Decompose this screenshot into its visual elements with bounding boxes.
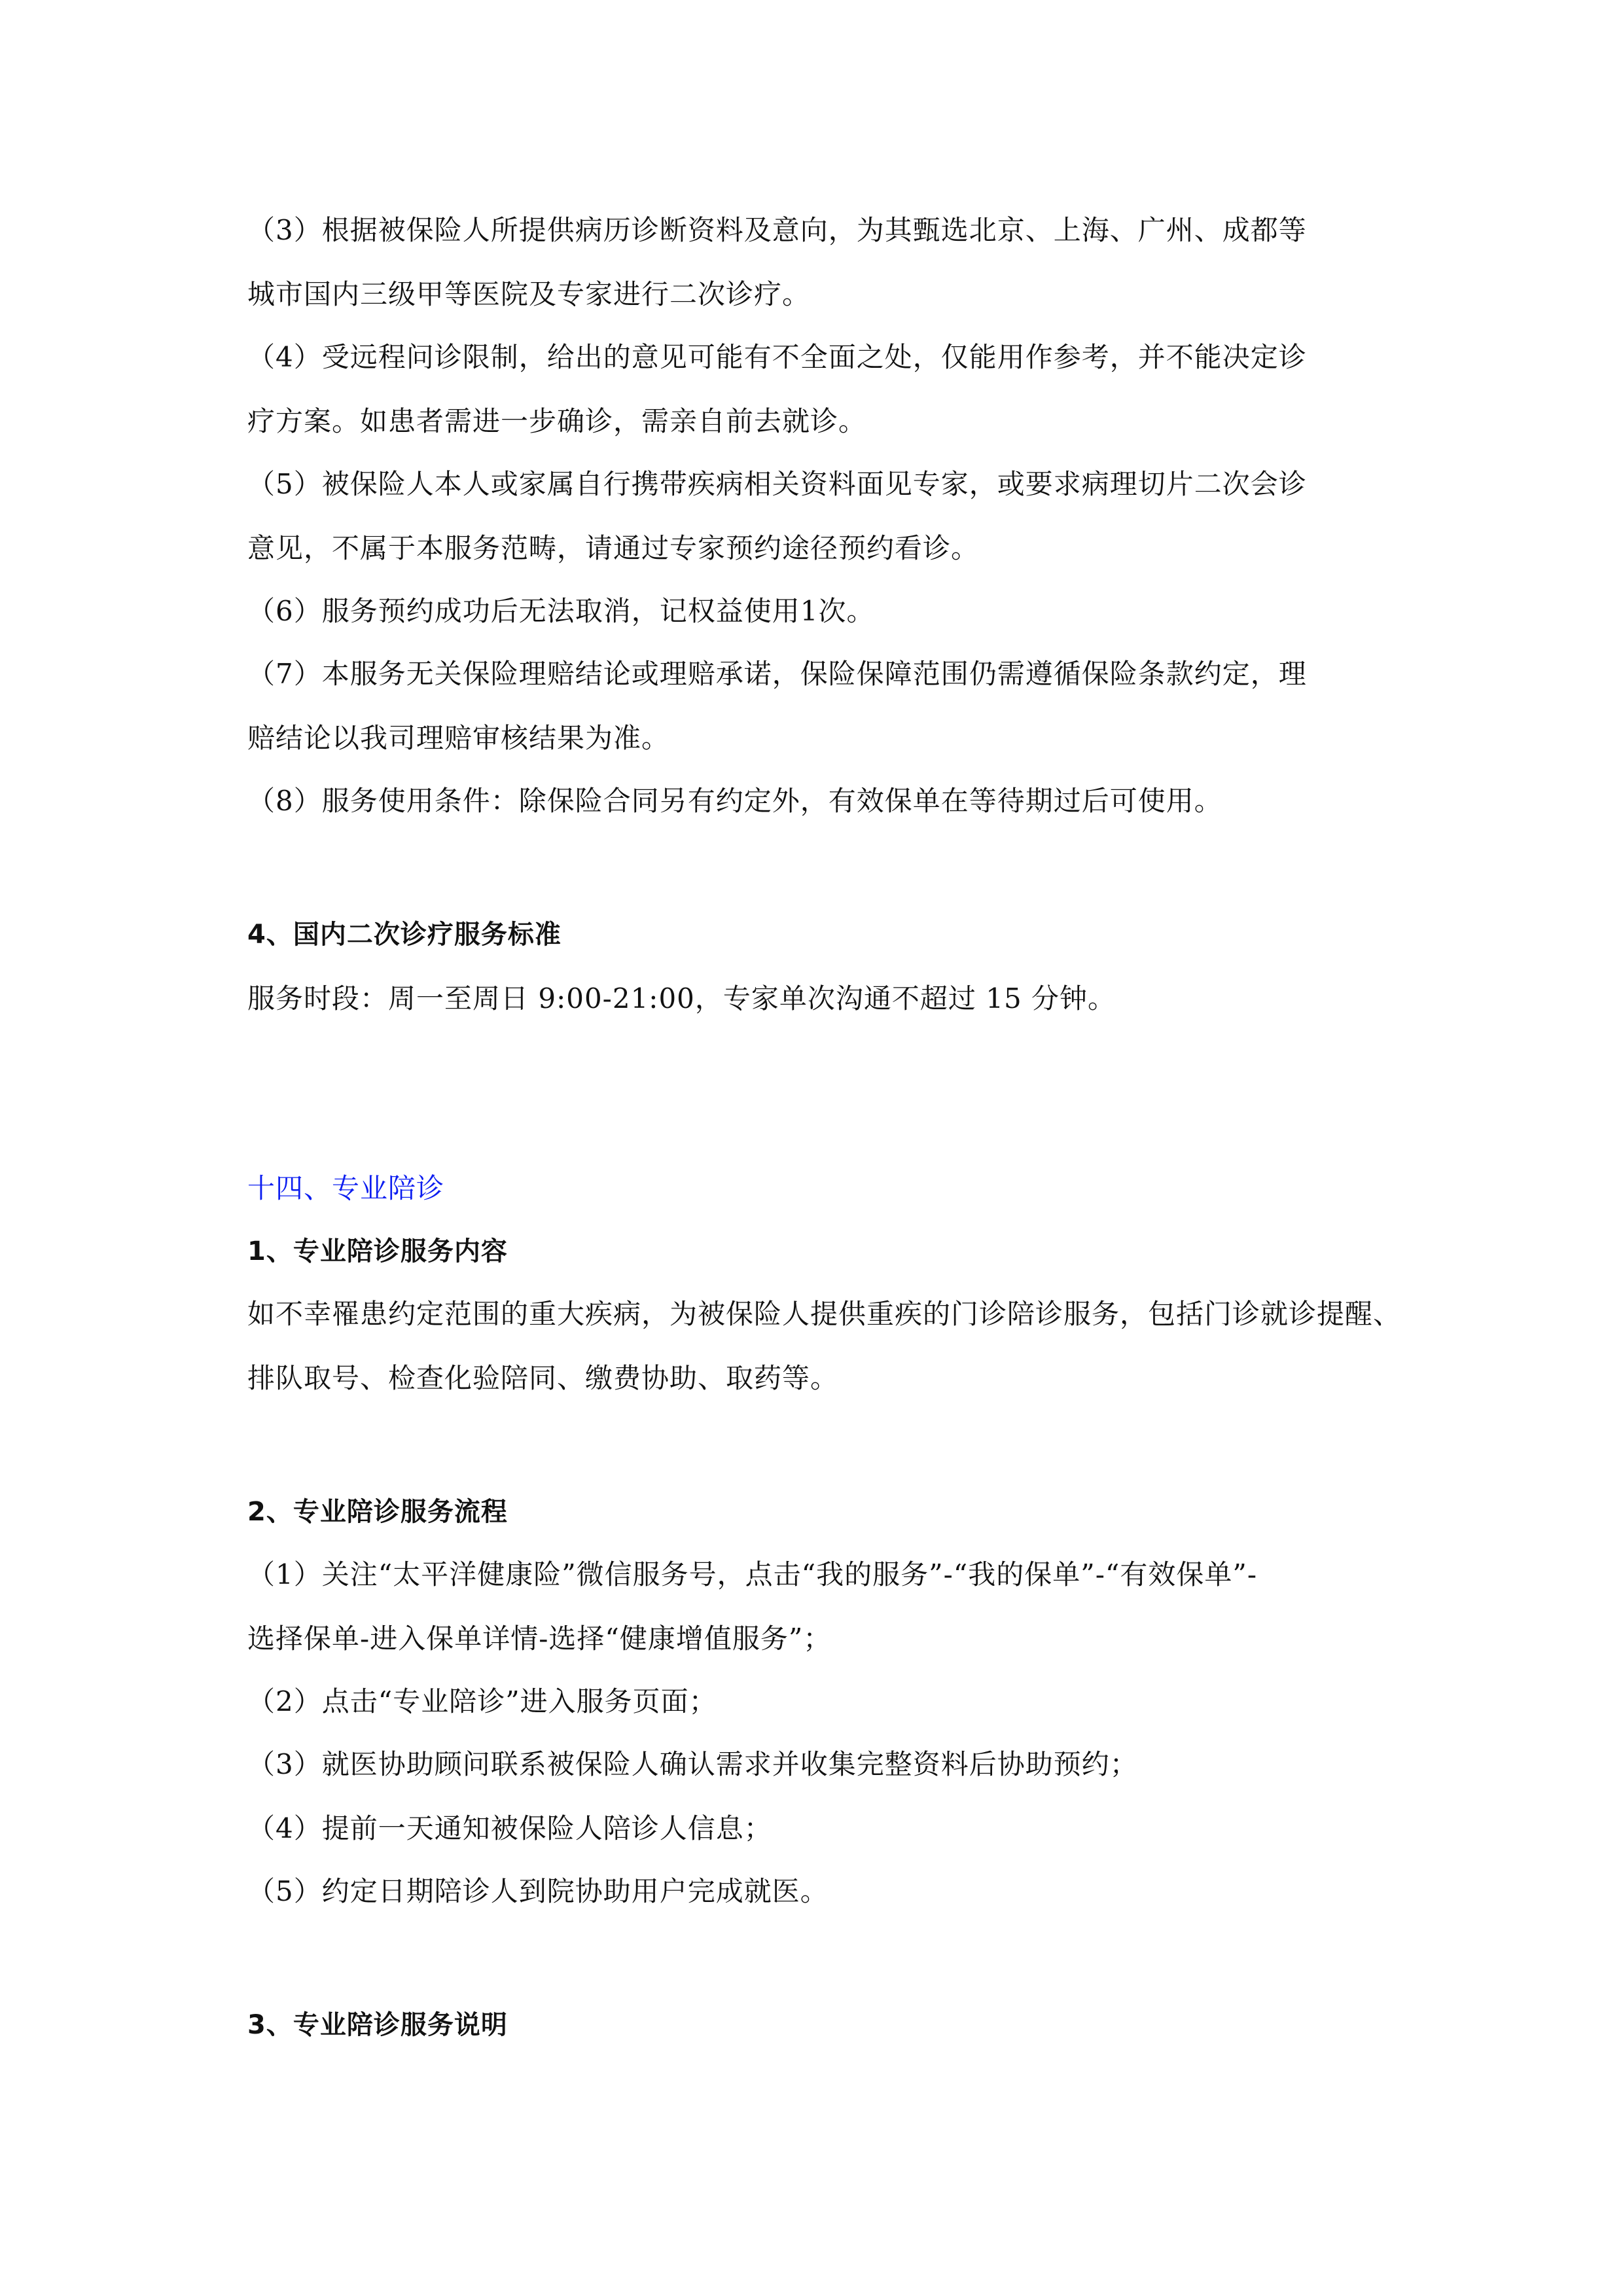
section-heading-content: 1、专业陪诊服务内容 xyxy=(247,1232,508,1271)
process-line-3: （2）点击“专业陪诊”进入服务页面； xyxy=(247,1682,717,1721)
process-line-1: （1）关注“太平洋健康险”微信服务号，点击“我的服务”-“我的保单”-“有效保单… xyxy=(247,1555,1257,1594)
item-8-line-1: （8）服务使用条件：除保险合同另有约定外，有效保单在等待期过后可使用。 xyxy=(247,781,1222,821)
item-3-line-1: （3）根据被保险人所提供病历诊断资料及意向，为其甄选北京、上海、广州、成都等 xyxy=(247,211,1307,250)
service-hours-text: 服务时段：周一至周日 9:00-21:00，专家单次沟通不超过 15 分钟。 xyxy=(247,979,1116,1018)
item-7-line-1: （7）本服务无关保险理赔结论或理赔承诺，保险保障范围仍需遵循保险条款约定，理 xyxy=(247,655,1307,694)
item-7-line-2: 赔结论以我司理赔审核结果为准。 xyxy=(247,719,669,758)
section-heading-domestic-standard: 4、国内二次诊疗服务标准 xyxy=(247,915,562,954)
item-5-line-2: 意见，不属于本服务范畴，请通过专家预约途径预约看诊。 xyxy=(247,529,979,568)
process-line-6: （5）约定日期陪诊人到院协助用户完成就医。 xyxy=(247,1872,829,1911)
item-5-line-1: （5）被保险人本人或家属自行携带疾病相关资料面见专家，或要求病理切片二次会诊 xyxy=(247,465,1307,504)
item-3-line-2: 城市国内三级甲等医院及专家进行二次诊疗。 xyxy=(247,275,810,314)
process-line-2: 选择保单-进入保单详情-选择“健康增值服务”； xyxy=(247,1619,831,1659)
item-4-line-2: 疗方案。如患者需进一步确诊，需亲自前去就诊。 xyxy=(247,402,866,441)
section-heading-process: 2、专业陪诊服务流程 xyxy=(247,1492,508,1532)
item-6-line-1: （6）服务预约成功后无法取消，记权益使用1次。 xyxy=(247,592,874,631)
process-line-5: （4）提前一天通知被保险人陪诊人信息； xyxy=(247,1809,772,1848)
content-line-2: 排队取号、检查化验陪同、缴费协助、取药等。 xyxy=(247,1359,838,1398)
chapter-title: 十四、专业陪诊 xyxy=(247,1169,444,1208)
item-4-line-1: （4）受远程问诊限制，给出的意见可能有不全面之处，仅能用作参考，并不能决定诊 xyxy=(247,338,1307,377)
content-line-1: 如不幸罹患约定范围的重大疾病，为被保险人提供重疾的门诊陪诊服务，包括门诊就诊提醒… xyxy=(247,1295,1401,1334)
section-heading-notes: 3、专业陪诊服务说明 xyxy=(247,2005,508,2045)
process-line-4: （3）就医协助顾问联系被保险人确认需求并收集完整资料后协助预约； xyxy=(247,1745,1138,1784)
